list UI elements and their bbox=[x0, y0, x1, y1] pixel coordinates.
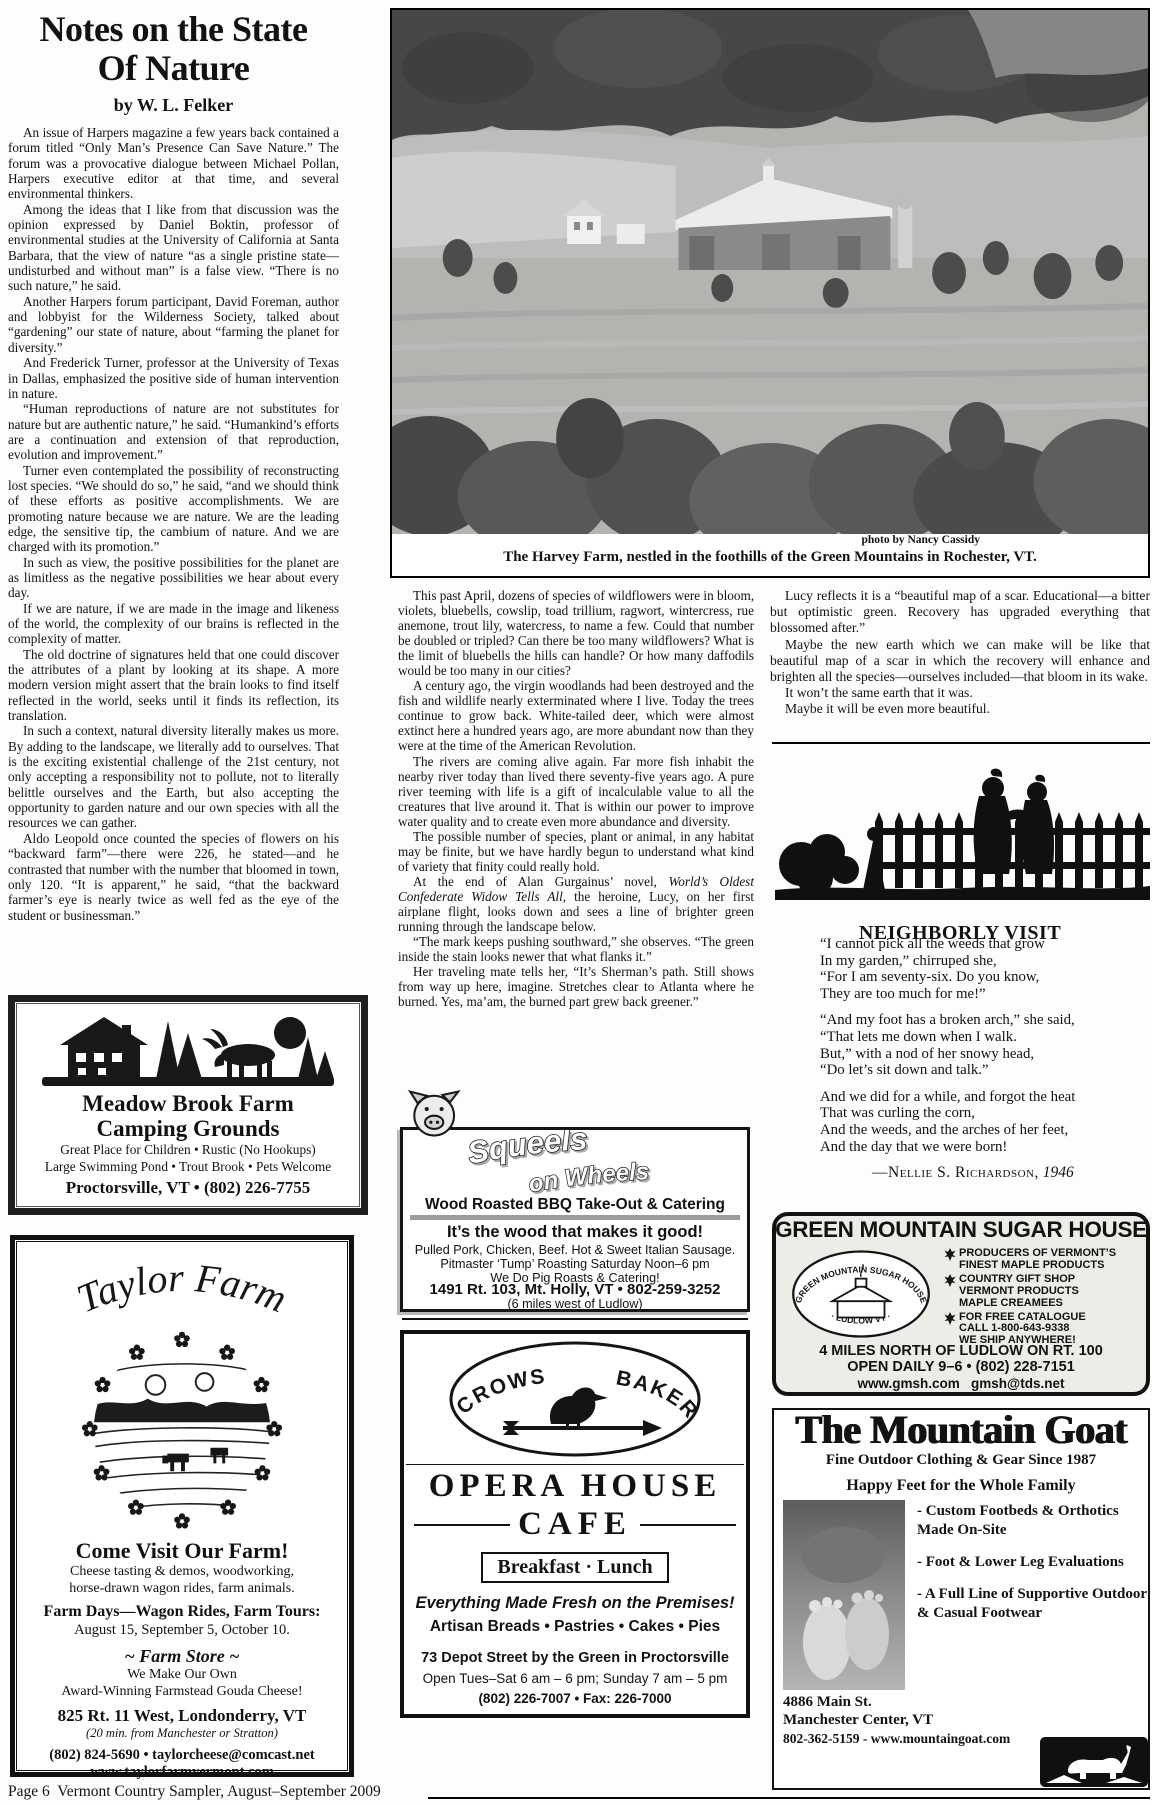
bullet-text: - Foot & Lower Leg Evaluations bbox=[917, 1553, 1147, 1572]
ad-store-line: Award-Winning Farmstead Gouda Cheese! bbox=[15, 1684, 349, 1701]
ad-tagline: Wood Roasted BBQ Take-Out & Catering bbox=[406, 1196, 744, 1214]
ad-title: Camping Grounds bbox=[15, 1116, 361, 1141]
maple-leaf-icon bbox=[944, 1274, 956, 1287]
ad-address: 73 Depot Street by the Green in Proctors… bbox=[400, 1650, 750, 1666]
bullet-text: VERMONT PRODUCTS bbox=[959, 1286, 1146, 1298]
article-paragraph-novel: At the end of Alan Gurgainus’ novel, Wor… bbox=[398, 874, 754, 934]
ad-web-contact: www.gmsh.com gmsh@tds.net bbox=[772, 1376, 1150, 1391]
article-paragraph: A century ago, the virgin woodlands had … bbox=[398, 678, 754, 753]
bullet-text: FINEST MAPLE PRODUCTS bbox=[959, 1260, 1146, 1272]
poem-year: 1946 bbox=[1043, 1164, 1074, 1181]
ad-website: www.gmsh.com bbox=[858, 1376, 960, 1391]
ad-name-cafe-row: CAFE bbox=[400, 1506, 750, 1543]
ad-note: (6 miles west of Ludlow) bbox=[406, 1297, 744, 1311]
poem-line: “Do let’s sit down and talk.” bbox=[820, 1062, 1140, 1079]
poem-attribution: —Nellie S. Richardson, 1946 bbox=[872, 1164, 1074, 1182]
article-paragraph: Maybe it will be even more beautiful. bbox=[770, 701, 1150, 717]
maple-leaf-icon bbox=[944, 1312, 956, 1325]
article-paragraph: “The mark keeps pushing southward,” she … bbox=[398, 934, 754, 964]
article-paragraph: It won’t the same earth that it was. bbox=[770, 685, 1150, 701]
poem-line: In my garden,” chirruped she, bbox=[820, 953, 1140, 970]
article-paragraph: Turner even contemplated the possibility… bbox=[8, 463, 339, 555]
ad-name-cafe: CAFE bbox=[518, 1506, 632, 1543]
farm-photograph-frame: photo by Nancy Cassidy The Harvey Farm, … bbox=[390, 8, 1150, 578]
mountain-goat-logo-icon bbox=[1040, 1737, 1148, 1787]
ad-feature-line: Great Place for Children • Rustic (No Ho… bbox=[15, 1141, 361, 1158]
article-paragraph: An issue of Harpers magazine a few years… bbox=[8, 125, 339, 202]
ad-headline: Come Visit Our Farm! bbox=[15, 1538, 349, 1564]
poem-line: And we did for a while, and forgot the h… bbox=[820, 1089, 1140, 1106]
poem-body: “I cannot pick all the weeds that grow I… bbox=[820, 936, 1140, 1155]
crows-bakery-logo: CROWS BAKERY bbox=[445, 1338, 705, 1460]
article-paragraph: The old doctrine of signatures held that… bbox=[8, 647, 339, 724]
squeels-title-lettering: Squeels on Wheels bbox=[466, 1130, 746, 1196]
ad-headline: Happy Feet for the Whole Family bbox=[772, 1477, 1150, 1495]
ad-contact: Proctorsville, VT • (802) 226-7755 bbox=[15, 1178, 361, 1198]
article-column-middle: This past April, dozens of species of wi… bbox=[398, 588, 754, 1009]
poem-line: But,” with a nod of her snowy head, bbox=[820, 1046, 1140, 1063]
poem-line: “For I am seventy-six. Do you know, bbox=[820, 969, 1140, 986]
ad-taylor-farm: Taylor Farm bbox=[10, 1235, 354, 1777]
ad-bullet-list: PRODUCERS OF VERMONT’S FINEST MAPLE PROD… bbox=[944, 1248, 1146, 1349]
svg-text:on Wheels: on Wheels bbox=[527, 1158, 650, 1196]
ad-contact: 802-362-5159 - www.mountaingoat.com bbox=[783, 1731, 1010, 1747]
ad-website: www.taylorfarmvermont.com bbox=[15, 1764, 349, 1781]
article-column-right: Lucy reflects it is a “beautiful map of … bbox=[770, 588, 1150, 718]
ad-subtitle: Fine Outdoor Clothing & Gear Since 1987 bbox=[772, 1452, 1150, 1469]
page-footer: Page 6 Vermont Country Sampler, August–S… bbox=[8, 1783, 381, 1801]
ad-contact: (802) 824-5690 • taylorcheese@comcast.ne… bbox=[15, 1747, 349, 1764]
poem-line: “I cannot pick all the weeds that grow bbox=[820, 936, 1140, 953]
ad-divider-rule bbox=[402, 1318, 748, 1320]
ad-title-line2: on Wheels bbox=[527, 1158, 650, 1196]
gray-divider-bar bbox=[410, 1215, 740, 1220]
ad-bullet-list: - Custom Footbeds & Orthotics Made On-Si… bbox=[917, 1502, 1147, 1636]
ad-address: 1491 Rt. 103, Mt. Holly, VT • 802-259-32… bbox=[406, 1281, 744, 1298]
article-paragraph: In such as view, the positive possibilit… bbox=[8, 555, 339, 601]
article-paragraph: This past April, dozens of species of wi… bbox=[398, 588, 754, 678]
article-paragraph: If we are nature, if we are made in the … bbox=[8, 601, 339, 647]
rule-right bbox=[640, 1524, 736, 1526]
bullet-text: - Custom Footbeds & Orthotics Made On-Si… bbox=[917, 1502, 1147, 1540]
maple-leaf-icon bbox=[944, 1248, 956, 1261]
svg-text:Taylor Farm: Taylor Farm bbox=[70, 1255, 293, 1321]
article-paragraph: And Frederick Turner, professor at the U… bbox=[8, 355, 339, 401]
photo-caption: The Harvey Farm, nestled in the foothill… bbox=[392, 549, 1148, 566]
bullet-item: COUNTRY GIFT SHOP VERMONT PRODUCTS MAPLE… bbox=[944, 1274, 1146, 1310]
article-paragraph: The rivers are coming alive again. Far m… bbox=[398, 754, 754, 829]
poem-line: And the weeds, and the arches of her fee… bbox=[820, 1122, 1140, 1139]
bullet-item: PRODUCERS OF VERMONT’S FINEST MAPLE PROD… bbox=[944, 1248, 1146, 1272]
article-title: Notes on the State Of Nature bbox=[8, 10, 339, 88]
ad-hours: OPEN DAILY 9–6 • (802) 228-7151 bbox=[772, 1359, 1150, 1375]
rule-left bbox=[414, 1524, 510, 1526]
ad-events: Farm Days—Wagon Rides, Farm Tours: bbox=[15, 1603, 349, 1621]
ad-event-dates: August 15, September 5, October 10. bbox=[15, 1622, 349, 1639]
ad-title-line1: Squeels bbox=[466, 1130, 588, 1171]
poem-author: —Nellie S. Richardson, bbox=[872, 1164, 1039, 1181]
bullet-text: - A Full Line of Supportive Outdoor & Ca… bbox=[917, 1585, 1147, 1623]
article-paragraph: Lucy reflects it is a “beautiful map of … bbox=[770, 588, 1150, 637]
ad-hours: Open Tues–Sat 6 am – 6 pm; Sunday 7 am –… bbox=[400, 1671, 750, 1686]
novel-pre: At the end of Alan Gurgainus’ novel, bbox=[413, 874, 668, 889]
ad-title: Taylor Farm bbox=[70, 1255, 293, 1321]
poem-line: “And my foot has a broken arch,” she sai… bbox=[820, 1012, 1140, 1029]
ad-email: gmsh@tds.net bbox=[971, 1376, 1064, 1391]
poem-line: They are too much for me!” bbox=[820, 986, 1140, 1003]
logo-divider-hairline bbox=[406, 1464, 744, 1465]
garden-fence-illustration bbox=[775, 752, 1150, 902]
ad-name-opera-house: OPERA HOUSE bbox=[400, 1468, 750, 1505]
article-title-line1: Notes on the State bbox=[40, 9, 308, 49]
newspaper-page: Notes on the State Of Nature by W. L. Fe… bbox=[0, 0, 1152, 1805]
article-body-col1: An issue of Harpers magazine a few years… bbox=[8, 125, 339, 923]
poem-line: And the day that we were born! bbox=[820, 1139, 1140, 1156]
farm-photo-image bbox=[392, 10, 1148, 534]
ad-slogan: It’s the wood that makes it good! bbox=[406, 1223, 744, 1242]
ad-address-note: (20 min. from Manchester or Stratton) bbox=[15, 1726, 349, 1741]
bullet-text: MAPLE CREAMEES bbox=[959, 1298, 1146, 1310]
ad-description: horse-drawn wagon rides, farm animals. bbox=[15, 1581, 349, 1598]
bullet-text: COUNTRY GIFT SHOP bbox=[959, 1274, 1146, 1286]
ad-store-line: We Make Our Own bbox=[15, 1667, 349, 1684]
ad-menu-line: Pitmaster ‘Tump’ Roasting Saturday Noon–… bbox=[406, 1257, 744, 1271]
ad-products: Artisan Breads • Pastries • Cakes • Pies bbox=[400, 1618, 750, 1636]
meals-label: Breakfast · Lunch bbox=[481, 1552, 668, 1583]
farm-pasture-illustration bbox=[79, 1330, 285, 1536]
ad-phone: (802) 226-7007 • Fax: 226-7000 bbox=[400, 1691, 750, 1706]
svg-text:Squeels: Squeels bbox=[466, 1130, 588, 1171]
ad-location: 4 MILES NORTH OF LUDLOW ON RT. 100 bbox=[772, 1343, 1150, 1359]
section-divider-rule bbox=[772, 742, 1150, 744]
article-paragraph: Her traveling mate tells her, “It’s Sher… bbox=[398, 964, 754, 1009]
sugar-house-logo: GREEN MOUNTAIN SUGAR HOUSE · LUDLOW VT · bbox=[786, 1247, 936, 1341]
bullet-item: FOR FREE CATALOGUE CALL 1-800-643-9338 W… bbox=[944, 1312, 1146, 1348]
article-paragraph: Among the ideas that I like from that di… bbox=[8, 202, 339, 294]
ad-description: Cheese tasting & demos, woodworking, bbox=[15, 1564, 349, 1581]
pig-icon bbox=[406, 1086, 464, 1142]
article-title-line2: Of Nature bbox=[98, 48, 250, 88]
ad-address: 825 Rt. 11 West, Londonderry, VT bbox=[15, 1706, 349, 1726]
article-paragraph: Maybe the new earth which we can make wi… bbox=[770, 637, 1150, 686]
taylor-farm-arched-title: Taylor Farm bbox=[22, 1244, 342, 1336]
ad-menu-line: Pulled Pork, Chicken, Beef. Hot & Sweet … bbox=[406, 1243, 744, 1257]
ad-address-line: Manchester Center, VT bbox=[783, 1712, 933, 1729]
ad-slogan: Everything Made Fresh on the Premises! bbox=[400, 1594, 750, 1613]
ad-meals: Breakfast · Lunch bbox=[400, 1552, 750, 1583]
ad-meadow-brook-farm: Meadow Brook Farm Camping Grounds Great … bbox=[8, 995, 368, 1215]
ad-title: The Mountain Goat bbox=[772, 1408, 1150, 1452]
squeels-logo: Squeels on Wheels bbox=[404, 1078, 748, 1198]
ad-store-header: ~ Farm Store ~ bbox=[15, 1646, 349, 1667]
ad-title: GREEN MOUNTAIN SUGAR HOUSE bbox=[772, 1217, 1150, 1243]
crow-weathervane-icon bbox=[503, 1387, 662, 1436]
cabin-moose-illustration bbox=[23, 1005, 353, 1091]
article-byline: by W. L. Felker bbox=[8, 95, 339, 116]
feet-photo bbox=[783, 1500, 905, 1690]
article-paragraph: Another Harpers forum participant, David… bbox=[8, 294, 339, 355]
ad-feature-line: Large Swimming Pond • Trout Brook • Pets… bbox=[15, 1158, 361, 1175]
article-paragraph: Aldo Leopold once counted the species of… bbox=[8, 831, 339, 923]
footer-rule bbox=[428, 1797, 1150, 1799]
poem-line: “That lets me down when I walk. bbox=[820, 1029, 1140, 1046]
article-column-left: Notes on the State Of Nature by W. L. Fe… bbox=[8, 10, 339, 923]
article-paragraph: In such a context, natural diversity lit… bbox=[8, 723, 339, 830]
photo-credit: photo by Nancy Cassidy bbox=[861, 534, 980, 546]
ad-address-line: 4886 Main St. bbox=[783, 1694, 872, 1711]
article-paragraph: The possible number of species, plant or… bbox=[398, 829, 754, 874]
poem-line: That was curling the corn, bbox=[820, 1105, 1140, 1122]
article-paragraph: “Human reproduct­ions of nature are not … bbox=[8, 401, 339, 462]
ad-title: Meadow Brook Farm bbox=[15, 1091, 361, 1116]
